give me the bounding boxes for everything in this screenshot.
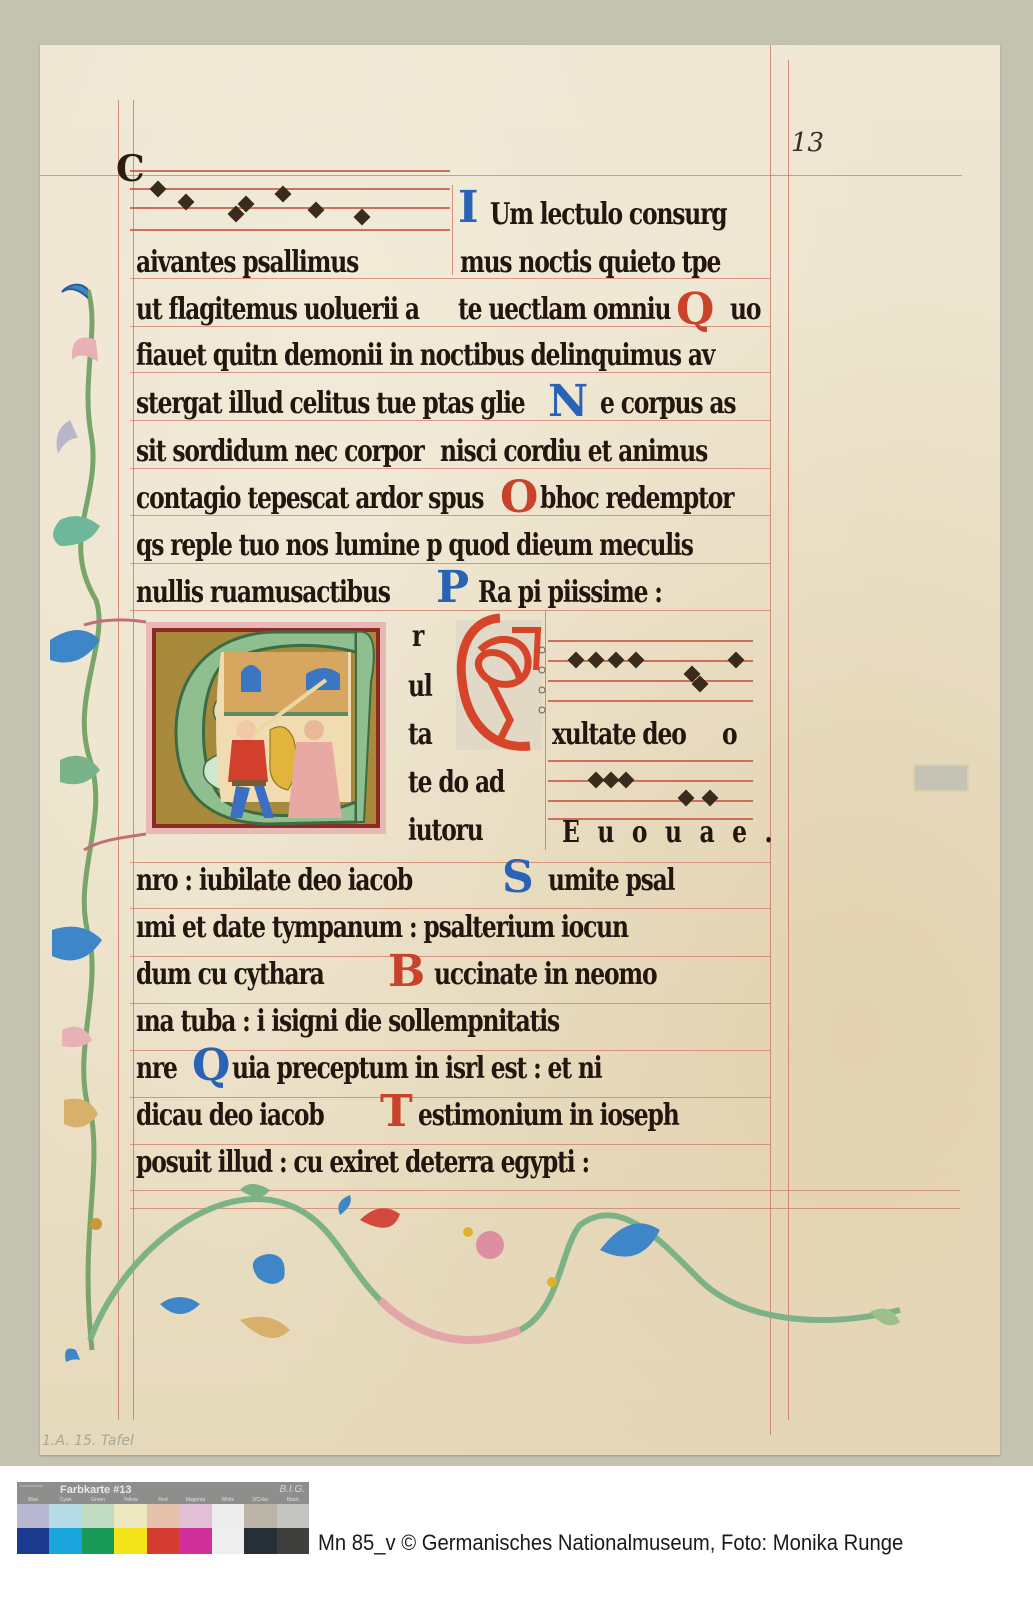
- swatch-3color: 3/Color: [244, 1496, 276, 1554]
- swatch-dark: [277, 1528, 309, 1554]
- swatch-white: White: [212, 1496, 244, 1554]
- swatch-dark: [82, 1528, 114, 1554]
- swatch-green: Green: [82, 1496, 114, 1554]
- swatch-dark: [49, 1528, 81, 1554]
- parchment-repair-patch: [913, 764, 969, 792]
- swatch-label: Yellow: [114, 1496, 146, 1504]
- color-calibration-chart: Colorchecker Farbkarte #13 B.I.G. Blue C…: [17, 1482, 309, 1554]
- swatch-label: Black: [277, 1496, 309, 1504]
- chart-brand: B.I.G.: [279, 1484, 305, 1495]
- swatch-dark: [212, 1528, 244, 1554]
- swatch-light: [147, 1504, 179, 1528]
- swatch-light: [277, 1504, 309, 1528]
- swatch-dark: [17, 1528, 49, 1554]
- swatch-label: 3/Color: [244, 1496, 276, 1504]
- swatch-label: Red: [147, 1496, 179, 1504]
- chart-tiny-label: Colorchecker: [20, 1483, 44, 1488]
- photo-credit-caption: Mn 85_v © Germanisches Nationalmuseum, F…: [318, 1530, 903, 1556]
- swatch-dark: [114, 1528, 146, 1554]
- swatch-yellow: Yellow: [114, 1496, 146, 1554]
- swatch-light: [49, 1504, 81, 1528]
- swatch-dark: [244, 1528, 276, 1554]
- swatch-light: [82, 1504, 114, 1528]
- swatch-light: [212, 1504, 244, 1528]
- swatch-cyan: Cyan: [49, 1496, 81, 1554]
- swatch-light: [179, 1504, 211, 1528]
- swatch-dark: [147, 1528, 179, 1554]
- pencil-annotation: 1.A. 15. Tafel: [42, 1433, 134, 1449]
- chart-title: Farbkarte #13: [60, 1484, 132, 1496]
- swatch-red: Red: [147, 1496, 179, 1554]
- swatch-label: Green: [82, 1496, 114, 1504]
- swatch-light: [17, 1504, 49, 1528]
- swatch-dark: [179, 1528, 211, 1554]
- swatch-label: White: [212, 1496, 244, 1504]
- swatch-label: Cyan: [49, 1496, 81, 1504]
- swatch-magenta: Magenta: [179, 1496, 211, 1554]
- swatch-blue: Blue: [17, 1496, 49, 1554]
- swatch-light: [114, 1504, 146, 1528]
- chart-swatches: Blue Cyan Green Yellow Red Magenta: [17, 1496, 309, 1554]
- acanthus-border: [0, 0, 1033, 1600]
- swatch-label: Magenta: [179, 1496, 211, 1504]
- swatch-label: Blue: [17, 1496, 49, 1504]
- swatch-black: Black: [277, 1496, 309, 1554]
- swatch-light: [244, 1504, 276, 1528]
